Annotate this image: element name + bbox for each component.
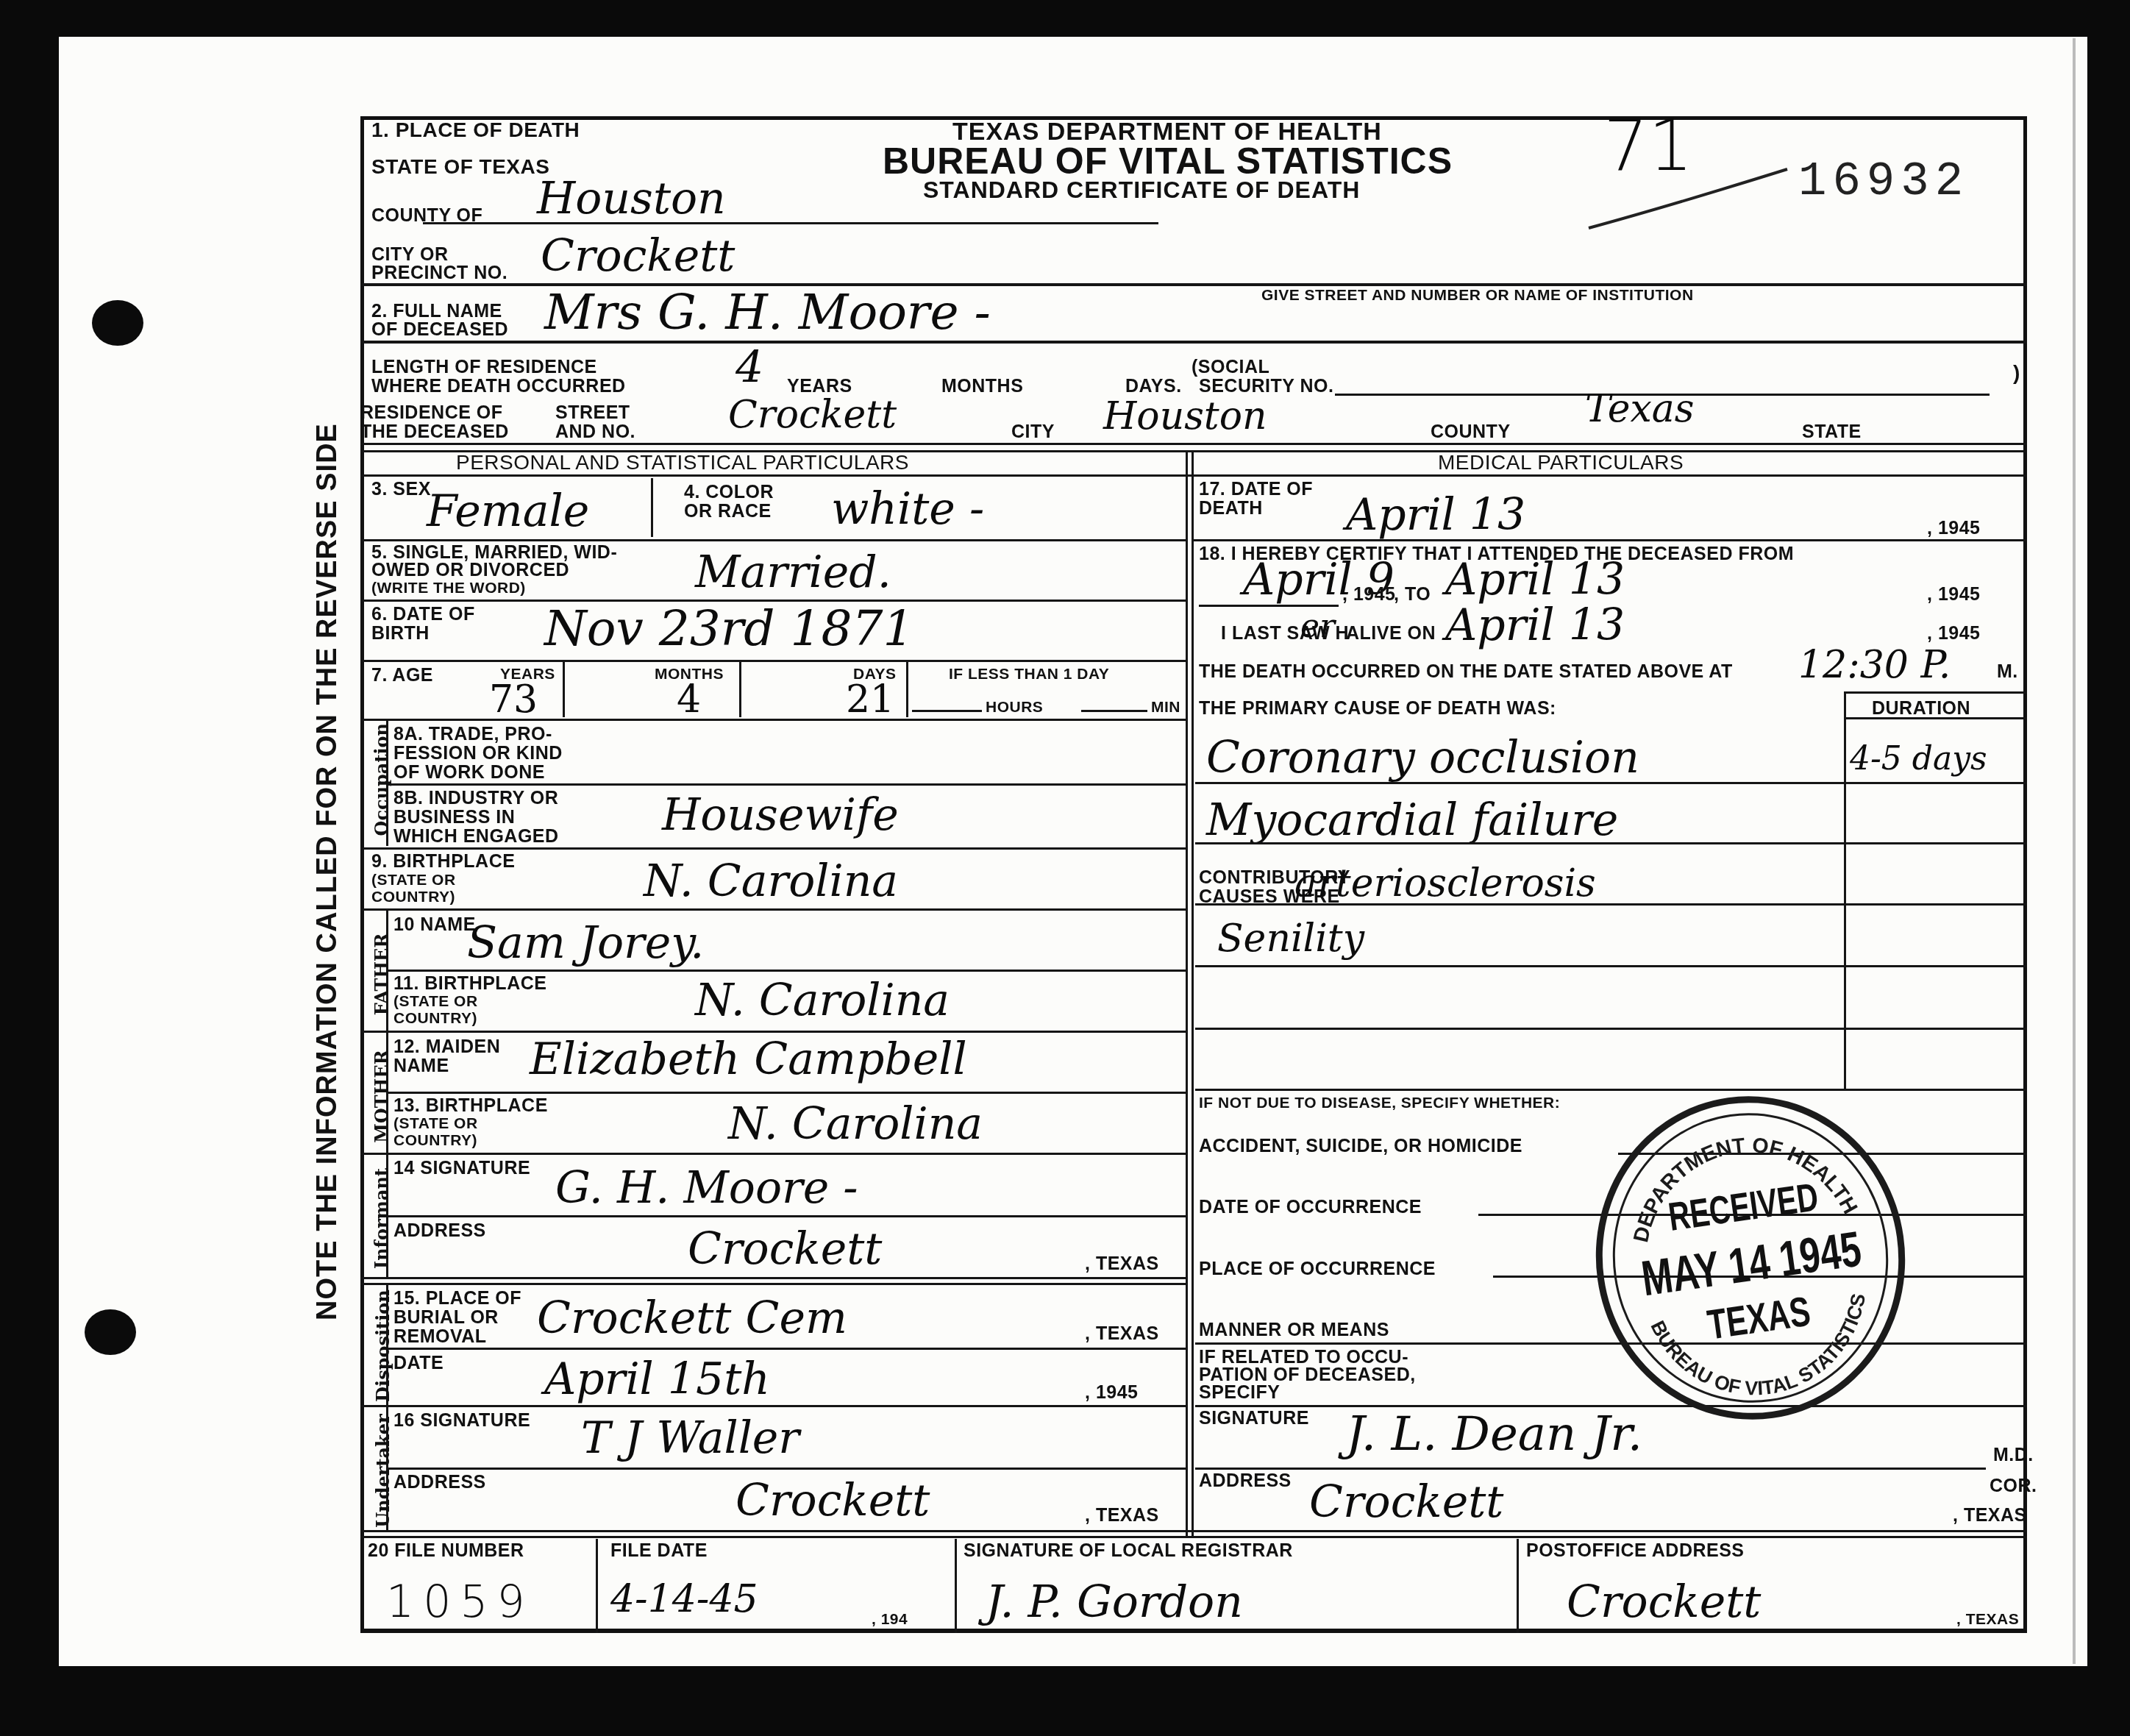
- row-line: [360, 539, 1186, 541]
- informant-state: , TEXAS: [1085, 1254, 1159, 1274]
- age-months-value: 4: [677, 680, 701, 719]
- file-date-label: FILE DATE: [610, 1541, 708, 1561]
- residence-years-value: 4: [735, 346, 763, 390]
- cell-divider: [955, 1539, 957, 1633]
- street-label-1: STREET: [555, 403, 630, 423]
- full-name-label-1: 2. FULL NAME: [371, 302, 502, 321]
- row-line: [388, 1348, 1186, 1350]
- row-line: [360, 1153, 1186, 1155]
- undertaker-state: , TEXAS: [1085, 1506, 1159, 1526]
- cell-divider: [563, 662, 565, 717]
- row-line: [360, 908, 1186, 911]
- last-saw-label-2: ALIVE ON: [1346, 624, 1436, 644]
- row-line: [1195, 1028, 2027, 1030]
- physician-state: , TEXAS: [1953, 1506, 2027, 1526]
- residence-city-label: CITY: [1011, 422, 1055, 442]
- row-line: [388, 783, 1186, 786]
- cor-label: COR.: [1990, 1476, 2037, 1496]
- burial-label-1: 15. PLACE OF: [393, 1289, 521, 1309]
- mother-birthplace-value: N. Carolina: [728, 1102, 983, 1146]
- time-suffix: M.: [1997, 662, 2018, 682]
- burial-year: , 1945: [1085, 1383, 1139, 1403]
- industry-label-1: 8B. INDUSTRY OR: [393, 789, 558, 808]
- mother-birthplace-label-1: 13. BIRTHPLACE: [393, 1096, 548, 1116]
- less-than-day-label: IF LESS THAN 1 DAY: [949, 666, 1109, 683]
- mother-name-value: Elizabeth Campbell: [530, 1037, 967, 1081]
- check-stroke-icon: [1581, 154, 1802, 235]
- paper-edge: [2073, 38, 2076, 1664]
- reverse-side-note: NOTE THE INFORMATION CALLED FOR ON THE R…: [312, 423, 343, 1320]
- industry-label-3: WHICH ENGAGED: [393, 827, 559, 847]
- duration-top-line: [1846, 691, 2027, 694]
- father-birthplace-label-1: 11. BIRTHPLACE: [393, 974, 546, 994]
- row-line: [1195, 903, 2027, 906]
- column-divider: [1186, 452, 1188, 1537]
- father-birthplace-value: N. Carolina: [695, 978, 950, 1022]
- county-underline: [423, 222, 1158, 224]
- last-saw-pronoun: er: [1300, 611, 1335, 643]
- sex-label: 3. SEX: [371, 480, 431, 499]
- cell-divider: [651, 478, 653, 537]
- informant-side-label: Informant: [371, 1167, 392, 1270]
- last-saw-year: , 1945: [1927, 624, 1981, 644]
- deceased-name-value: Mrs G. H. Moore -: [544, 288, 991, 337]
- social-security-label-2: SECURITY NO.: [1199, 377, 1333, 396]
- place-of-death-label: 1. PLACE OF DEATH: [371, 119, 580, 141]
- social-security-label-1: (SOCIAL: [1192, 357, 1269, 377]
- mother-name-label-1: 12. MAIDEN: [393, 1037, 500, 1057]
- postoffice-label: POSTOFFICE ADDRESS: [1526, 1541, 1745, 1561]
- md-label: M.D.: [1993, 1445, 2034, 1465]
- city-value: Crockett: [541, 234, 735, 278]
- undertaker-address-value: Crockett: [735, 1479, 930, 1523]
- father-birthplace-label-2: (STATE OR: [393, 993, 478, 1010]
- row-line: [388, 1215, 1186, 1217]
- row-line: [388, 1092, 1186, 1094]
- burial-place-value: Crockett Cem: [537, 1296, 847, 1340]
- informant-address-value: Crockett: [688, 1227, 882, 1271]
- row-line: [360, 660, 1186, 662]
- time-label: THE DEATH OCCURRED ON THE DATE STATED AB…: [1199, 662, 1733, 682]
- hours-label: HOURS: [986, 699, 1043, 716]
- row-line: [360, 341, 2027, 344]
- duration-label: DURATION: [1872, 699, 1970, 719]
- cell-divider: [906, 662, 908, 717]
- row-line: [388, 1468, 1186, 1470]
- birth-date-label-2: BIRTH: [371, 624, 430, 644]
- undertaker-side-label: Undertaker: [372, 1412, 393, 1530]
- ss-close-paren: ): [2013, 362, 2020, 384]
- primary-cause-1: Coronary occlusion: [1206, 736, 1639, 780]
- marital-label-3: (WRITE THE WORD): [371, 580, 526, 597]
- race-value: white -: [831, 487, 984, 531]
- undertaker-signature-value: T J Waller: [581, 1416, 799, 1460]
- city-label-2: PRECINCT NO.: [371, 263, 507, 283]
- father-side-label: FATHER: [371, 923, 392, 1026]
- attended-from-field: [1199, 605, 1339, 607]
- residence-label-1: RESIDENCE OF: [360, 403, 503, 423]
- to-label: , TO: [1394, 585, 1431, 605]
- death-year: , 1945: [1927, 519, 1981, 538]
- mother-birthplace-label-3: COUNTRY): [393, 1132, 477, 1149]
- institution-hint: GIVE STREET AND NUMBER OR NAME OF INSTIT…: [1261, 287, 1694, 304]
- row-line: [1195, 1468, 1986, 1470]
- sex-value: Female: [427, 489, 589, 533]
- informant-signature-label: 14 SIGNATURE: [393, 1159, 530, 1178]
- form-title: STANDARD CERTIFICATE OF DEATH: [923, 177, 1360, 204]
- not-disease-label: IF NOT DUE TO DISEASE, SPECIFY WHETHER:: [1199, 1095, 1560, 1111]
- father-name-value: Sam Jorey.: [467, 921, 704, 965]
- punch-hole-top: [92, 300, 143, 346]
- physician-address-label: ADDRESS: [1199, 1471, 1292, 1491]
- row-line: [1195, 782, 2027, 784]
- state-of-texas-label: STATE OF TEXAS: [371, 156, 549, 178]
- row-line: [360, 1530, 2027, 1532]
- file-number-label: 20 FILE NUMBER: [368, 1541, 524, 1561]
- last-saw-value: April 13: [1445, 603, 1625, 647]
- age-label: 7. AGE: [371, 666, 433, 686]
- undertaker-address-label: ADDRESS: [393, 1473, 486, 1493]
- residence-length-label-1: LENGTH OF RESIDENCE: [371, 357, 597, 377]
- burial-state: , TEXAS: [1085, 1324, 1159, 1344]
- cell-divider: [596, 1539, 598, 1633]
- death-date-label-1: 17. DATE OF: [1199, 480, 1313, 499]
- occurrence-place-label: PLACE OF OCCURRENCE: [1199, 1259, 1436, 1279]
- burial-date-value: April 15th: [544, 1357, 770, 1401]
- row-line: [360, 1277, 1186, 1279]
- minutes-field: [1081, 710, 1147, 712]
- days-label: DAYS.: [1125, 377, 1182, 396]
- row-line: [1195, 842, 2027, 844]
- primary-cause-label: THE PRIMARY CAUSE OF DEATH WAS:: [1199, 699, 1556, 719]
- medical-section-title: MEDICAL PARTICULARS: [1438, 452, 1684, 474]
- informant-signature-value: G. H. Moore -: [555, 1166, 858, 1210]
- received-stamp: DEPARTMENT OF HEALTH BUREAU OF VITAL STA…: [1575, 1076, 1926, 1440]
- informant-address-label: ADDRESS: [393, 1221, 486, 1241]
- trade-label-2: FESSION OR KIND: [393, 744, 563, 764]
- row-line: [360, 474, 2027, 477]
- father-birthplace-label-3: COUNTRY): [393, 1010, 477, 1027]
- primary-duration: 4-5 days: [1850, 743, 1987, 775]
- time-value: 12:30 P.: [1798, 646, 1951, 684]
- months-label: MONTHS: [941, 377, 1023, 396]
- row-line: [360, 1536, 2027, 1538]
- age-days-value: 21: [846, 680, 894, 719]
- father-name-label: 10 NAME: [393, 915, 476, 935]
- burial-date-label: DATE: [393, 1353, 444, 1373]
- death-date-label-2: DEATH: [1199, 499, 1263, 519]
- registrar-label: SIGNATURE OF LOCAL REGISTRAR: [964, 1541, 1293, 1561]
- row-line: [360, 847, 1186, 850]
- row-line: [1193, 539, 2027, 541]
- burial-label-3: REMOVAL: [393, 1327, 487, 1347]
- residence-length-label-2: WHERE DEATH OCCURRED: [371, 377, 626, 396]
- disposition-side-label: Disposition: [372, 1287, 393, 1405]
- residence-street-value: Crockett: [728, 396, 897, 434]
- occupation-related-label-3: SPECIFY: [1199, 1383, 1280, 1403]
- file-date-suffix: , 194: [872, 1611, 908, 1628]
- race-label-1: 4. COLOR: [684, 483, 774, 502]
- attended-to-year: , 1945: [1927, 585, 1981, 605]
- postoffice-state: , TEXAS: [1956, 1611, 2019, 1628]
- duration-header-line: [1846, 717, 2027, 719]
- physician-signature-label: SIGNATURE: [1199, 1409, 1309, 1429]
- birthplace-value: N. Carolina: [644, 859, 898, 903]
- row-line: [1195, 1089, 2027, 1091]
- trade-label-3: OF WORK DONE: [393, 763, 545, 783]
- race-label-2: OR RACE: [684, 502, 772, 522]
- occurrence-date-label: DATE OF OCCURRENCE: [1199, 1198, 1422, 1217]
- residence-county-value: Texas: [1585, 390, 1694, 428]
- industry-label-2: BUSINESS IN: [393, 808, 515, 828]
- city-label-1: CITY OR: [371, 245, 448, 265]
- street-label-2: AND NO.: [555, 422, 635, 442]
- contributory-2: Senility: [1217, 919, 1364, 958]
- hours-field: [912, 710, 982, 712]
- primary-cause-2: Myocardial failure: [1206, 798, 1618, 842]
- attended-to-value: April 13: [1445, 558, 1625, 602]
- mother-birthplace-label-2: (STATE OR: [393, 1115, 478, 1132]
- punch-hole-bottom: [85, 1309, 136, 1355]
- undertaker-signature-label: 16 SIGNATURE: [393, 1411, 530, 1431]
- certificate-number: 16932: [1798, 156, 1969, 209]
- row-line: [360, 1405, 1186, 1407]
- birth-date-value: Nov 23rd 1871: [544, 605, 913, 653]
- burial-label-2: BURIAL OR: [393, 1308, 499, 1328]
- minutes-label: MIN: [1151, 699, 1180, 716]
- industry-value: Housewife: [662, 793, 899, 837]
- row-line: [360, 719, 1186, 721]
- personal-section-title: PERSONAL AND STATISTICAL PARTICULARS: [456, 452, 909, 474]
- registrar-signature-value: J. P. Gordon: [986, 1580, 1243, 1624]
- file-date-value: 4-14-45: [610, 1580, 758, 1618]
- row-line: [360, 1283, 1186, 1285]
- cell-divider: [739, 662, 741, 717]
- row-line: [1195, 965, 2027, 967]
- age-years-value: 73: [489, 680, 538, 719]
- marital-label-2: OWED OR DIVORCED: [371, 561, 569, 580]
- contributory-1: arteriosclerosis: [1294, 864, 1596, 903]
- residence-label-2: THE DECEASED: [360, 422, 509, 442]
- accident-label: ACCIDENT, SUICIDE, OR HOMICIDE: [1199, 1136, 1522, 1156]
- birthplace-label-1: 9. BIRTHPLACE: [371, 852, 515, 872]
- county-value: Houston: [537, 177, 726, 221]
- residence-state-label: STATE: [1802, 422, 1862, 442]
- marital-value: Married.: [695, 550, 891, 594]
- trade-label-1: 8A. TRADE, PRO-: [393, 725, 552, 744]
- cell-divider: [1517, 1539, 1519, 1633]
- full-name-label-2: OF DECEASED: [371, 320, 508, 340]
- file-number-value: 1059: [386, 1580, 534, 1624]
- row-line: [360, 1031, 1186, 1033]
- birth-date-label-1: 6. DATE OF: [371, 605, 475, 625]
- birthplace-label-2: (STATE OR: [371, 872, 456, 889]
- manner-label: MANNER OR MEANS: [1199, 1320, 1389, 1340]
- mother-side-label: MOTHER: [371, 1045, 392, 1148]
- row-line: [360, 443, 2027, 445]
- residence-county-label: COUNTY: [1431, 422, 1511, 442]
- physician-address-value: Crockett: [1309, 1480, 1503, 1524]
- physician-signature-value: J. L. Dean Jr.: [1346, 1411, 1642, 1458]
- residence-city-value: Houston: [1103, 397, 1267, 435]
- mother-name-label-2: NAME: [393, 1056, 449, 1076]
- death-date-value: April 13: [1346, 493, 1525, 537]
- column-divider: [1192, 452, 1194, 1537]
- attended-from-year: , 1945: [1342, 585, 1396, 605]
- postoffice-value: Crockett: [1567, 1580, 1761, 1624]
- row-line: [388, 970, 1186, 972]
- birthplace-label-3: COUNTRY): [371, 889, 455, 906]
